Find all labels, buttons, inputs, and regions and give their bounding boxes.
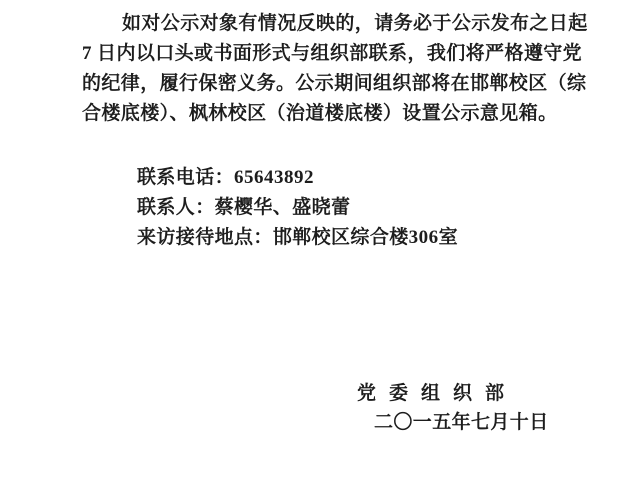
contact-info-block: 联系电话：65643892 联系人：蔡樱华、盛晓蕾 来访接待地点：邯郸校区综合楼… — [137, 163, 458, 253]
visit-room-number: 306 — [409, 227, 439, 248]
signature-date: 二〇一五年七月十日 — [374, 407, 549, 434]
visit-location-suffix: 室 — [439, 227, 458, 248]
visit-address-label: 来访接待地点： — [137, 227, 273, 248]
paragraph-line-4: 合楼底楼）、枫林校区（治道楼底楼）设置公示意见箱。 — [82, 99, 574, 129]
notice-document-page: 如对公示对象有情况反映的，请务必于公示发布之日起 7 日内以口头或书面形式与组织… — [0, 0, 640, 493]
signature-department: 党委组织部 — [357, 378, 517, 405]
contact-phone-line: 联系电话：65643892 — [137, 163, 458, 193]
notice-body-paragraph: 如对公示对象有情况反映的，请务必于公示发布之日起 7 日内以口头或书面形式与组织… — [82, 9, 574, 129]
contact-person-names: 蔡樱华、盛晓蕾 — [215, 197, 351, 218]
phone-number: 65643892 — [234, 167, 314, 188]
contact-person-line: 联系人：蔡樱华、盛晓蕾 — [137, 193, 458, 223]
paragraph-line-1: 如对公示对象有情况反映的，请务必于公示发布之日起 — [82, 9, 574, 39]
contact-person-label: 联系人： — [137, 197, 215, 218]
paragraph-line-3: 的纪律，履行保密义务。公示期间组织部将在邯郸校区（综 — [82, 69, 574, 99]
visit-location: 邯郸校区综合楼 — [273, 227, 409, 248]
paragraph-line-2: 7 日内以口头或书面形式与组织部联系，我们将严格遵守党 — [82, 39, 574, 69]
phone-label: 联系电话： — [137, 167, 234, 188]
visit-address-line: 来访接待地点：邯郸校区综合楼306室 — [137, 223, 458, 253]
